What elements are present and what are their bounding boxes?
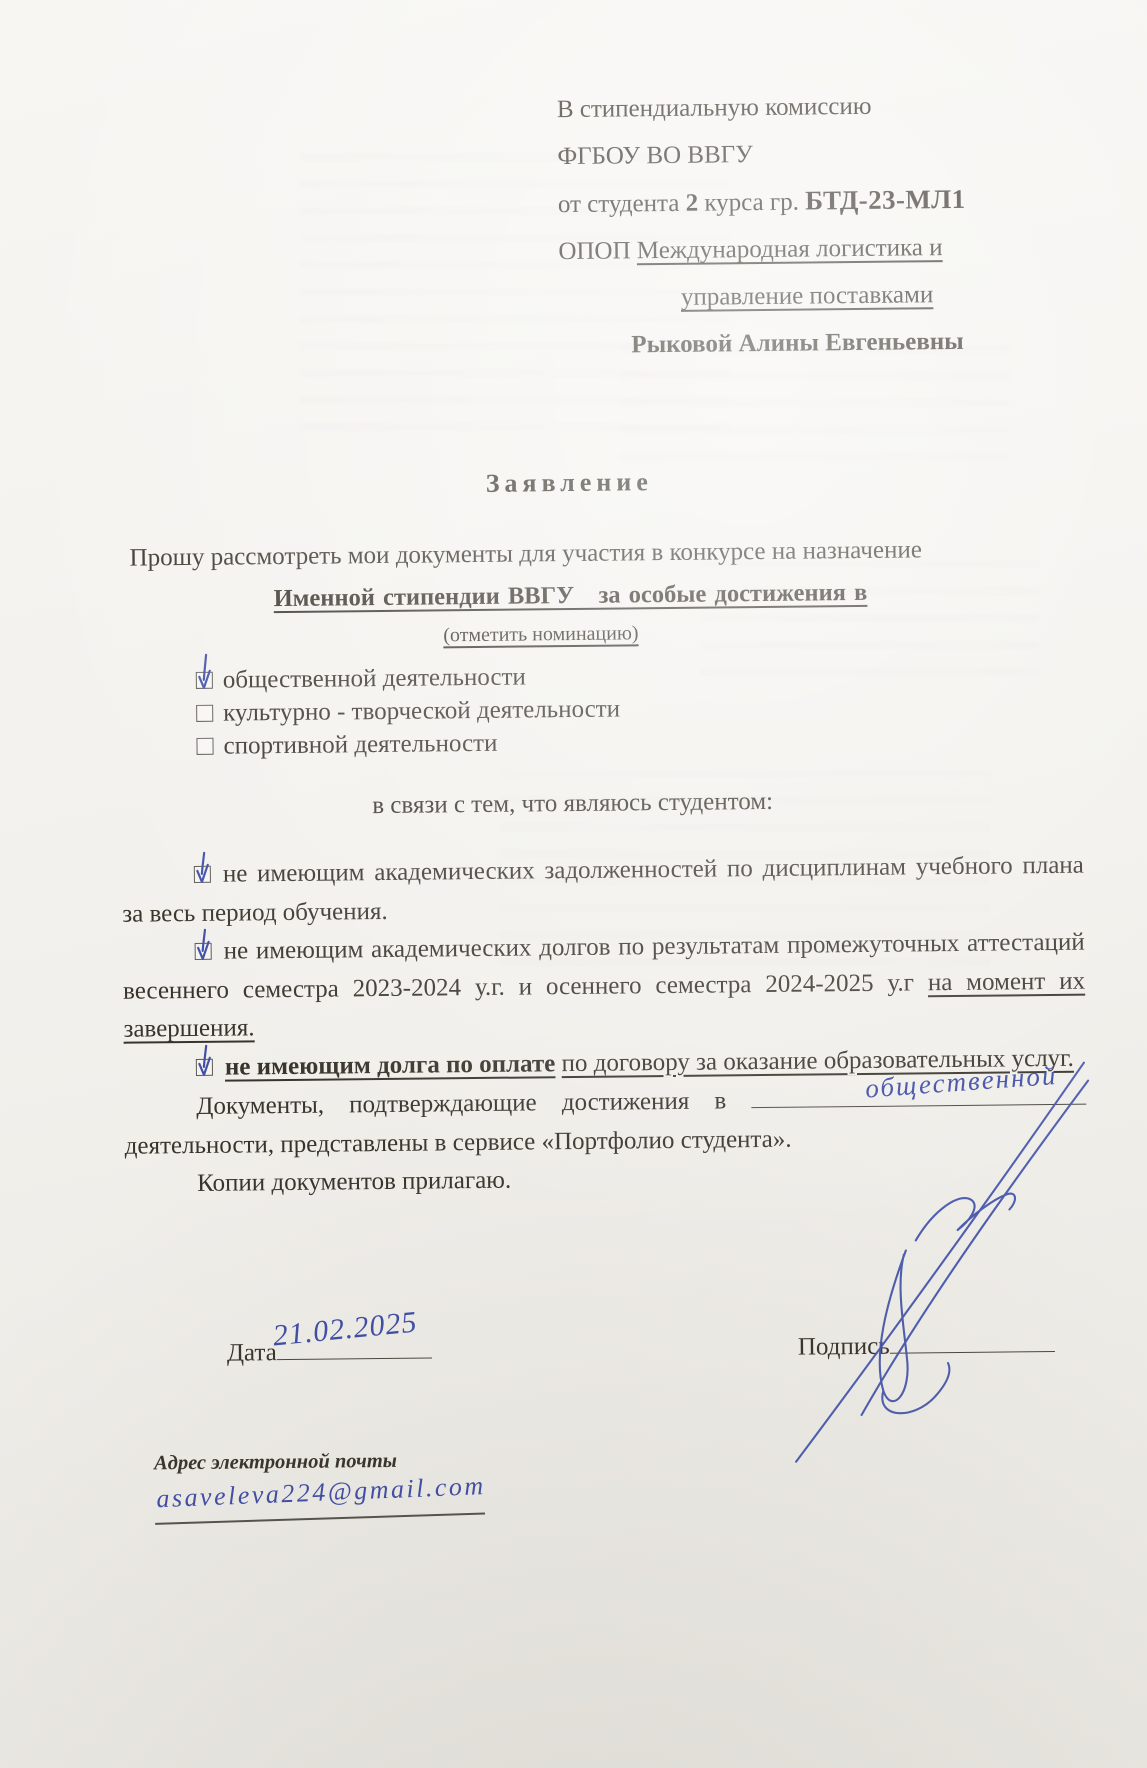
email-block: Адрес электронной почты asaveleva224@gma… [154,1449,485,1521]
university-line: ФГБОУ ВО ВВГУ [557,127,1132,180]
mark-nomination-note: (отметить номинацию) [0,617,1144,652]
program-line-1: ОПОП Международная логистика и [558,222,1133,275]
course-number: 2 [685,190,698,217]
checkbox [195,943,212,960]
checkmark-icon [193,847,213,887]
nomination-label: культурно - творческой деятельности [223,695,620,727]
checkbox [196,705,213,722]
handwritten-date: 21.02.2025 [271,1305,419,1353]
checkmark-icon [195,1039,215,1079]
nomination-label: спортивной деятельности [223,729,497,760]
blank-line: asaveleva224@gmail.com [154,1469,485,1525]
checkmark-icon [193,924,213,964]
condition-no-debts: не имеющим академических задолженностей … [122,847,1085,934]
because-line: в связи с тем, что являюсь студентом: [0,784,1146,824]
group-code: БТД-23-МЛ1 [805,184,966,216]
checkmark-icon [195,653,215,693]
applicant-name: Рыковой Алины Евгеньевны [559,316,1134,369]
checkbox [194,866,211,883]
nomination-item: спортивной деятельности [196,726,620,763]
nomination-item: общественной деятельности [196,660,620,697]
date-label: Дата [227,1339,277,1367]
scanned-application-document: В стипендиальную комиссию ФГБОУ ВО ВВГУ … [0,0,1147,1768]
addressee-block: В стипендиальную комиссию ФГБОУ ВО ВВГУ … [557,80,1135,369]
nomination-label: общественной деятельности [223,663,526,694]
document-title: Заявление [0,462,1143,504]
student-line: от студента 2 курса гр. БТД-23-МЛ1 [558,174,1133,228]
date-field: Дата21.02.2025 [227,1328,432,1368]
checkbox [196,1058,213,1075]
handwritten-email: asaveleva224@gmail.com [156,1471,486,1514]
nomination-item: культурно - творческой деятельности [196,693,620,730]
blank-line: 21.02.2025 [276,1328,431,1361]
nomination-list: общественной деятельности культурно - тв… [196,660,621,763]
addressee-line: В стипендиальную комиссию [557,80,1132,133]
scholarship-line: Именной стипендии ВВГУ за особые достиже… [0,576,1144,616]
condition-no-academic-debt: не имеющим академических долгов по резул… [122,924,1085,1050]
handwritten-signature [762,1040,1111,1474]
program-line-2: управление поставками [559,269,1134,322]
checkbox [196,738,213,755]
intro-line: Прошу рассмотреть мои документы для учас… [129,535,1089,573]
checkbox [196,672,213,689]
